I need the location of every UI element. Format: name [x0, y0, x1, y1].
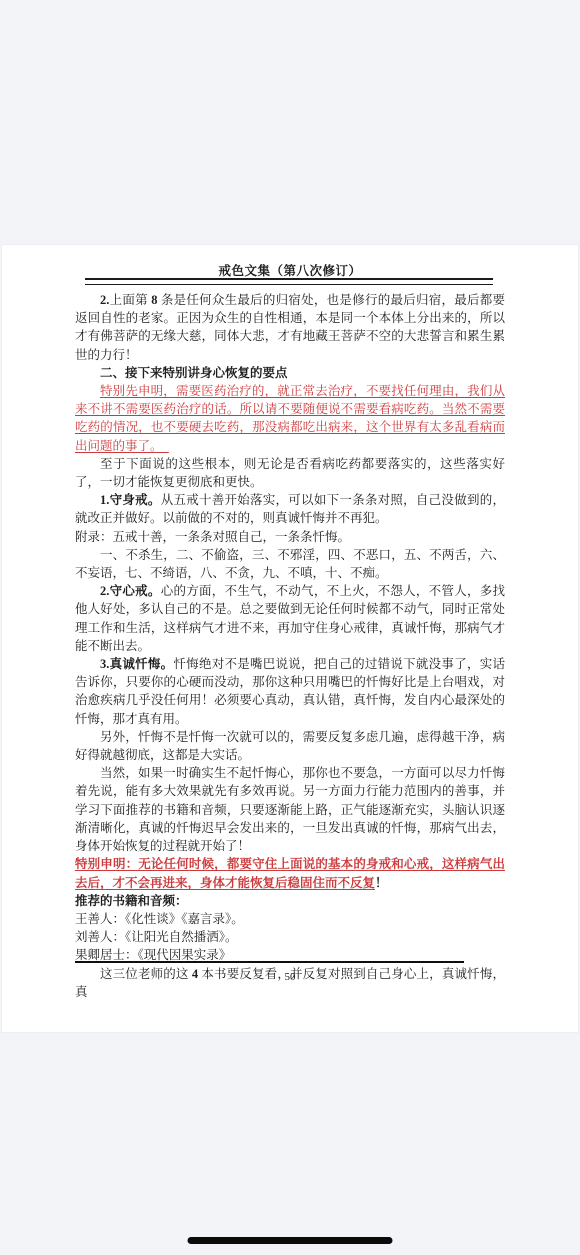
text-segment: 特别先申明，需要医药治疗的，就正常去治疗，不要找任何理由，我们从来不讲不需要医药… [75, 384, 505, 453]
text-segment [156, 439, 169, 453]
text-segment: 附录：五戒十善，一条条对照自己，一条条忏悔。 [75, 530, 350, 544]
document-body: 2.上面第 8 条是任何众生最后的归宿处，也是修行的最后归宿，最后都要返回自性的… [75, 291, 505, 1001]
text-segment: 另外，忏悔不是忏悔一次就可以的，需要反复多虑几遍，虑得越干净，病好得就越彻底，这… [75, 730, 505, 762]
paragraph: 一、不杀生，二、不偷盗，三、不邪淫，四、不恶口，五、不两舌，六、不妄语，七、不绮… [75, 546, 505, 582]
text-segment: 1.守身戒。 [100, 493, 161, 507]
text-segment: 上面第 [109, 293, 151, 307]
text-segment: 当然，如果一时确实生不起忏悔心，那你也不要急，一方面可以尽力忏悔着先说，能有多大… [75, 766, 505, 853]
text-segment: 王善人：《化性谈》《嘉言录》。 [75, 912, 244, 926]
phone-screen: 戒色文集（第八次修订） 2.上面第 8 条是任何众生最后的归宿处，也是修行的最后… [0, 0, 580, 1255]
paragraph: 特别先申明，需要医药治疗的，就正常去治疗，不要找任何理由，我们从来不讲不需要医药… [75, 382, 505, 455]
document-page: 戒色文集（第八次修订） 2.上面第 8 条是任何众生最后的归宿处，也是修行的最后… [2, 245, 578, 1032]
paragraph: 附录：五戒十善，一条条对照自己，一条条忏悔。 [75, 528, 505, 546]
text-segment: 2.守心戒。 [100, 584, 161, 598]
paragraph: 2.守心戒。心的方面，不生气，不动气，不上火，不怨人，不管人，多找他人好处，多认… [75, 582, 505, 655]
text-segment: 2. [100, 293, 109, 307]
text-segment: 3.真诚忏悔。 [100, 657, 173, 671]
document-header-title: 戒色文集（第八次修订） [2, 261, 578, 279]
paragraph: 推荐的书籍和音频： [75, 892, 505, 910]
paragraph: 至于下面说的这些根本，则无论是否看病吃药都要落实的，这些落实好了，一切才能恢复更… [75, 455, 505, 491]
header-double-rule [85, 278, 493, 285]
text-segment: 至于下面说的这些根本，则无论是否看病吃药都要落实的，这些落实好了，一切才能恢复更… [75, 457, 505, 489]
paragraph: 刘善人：《让阳光自然播洒》。 [75, 928, 505, 946]
text-segment: 二、接下来特别讲身心恢复的要点 [100, 366, 288, 380]
text-segment: ！ [375, 876, 388, 890]
text-segment: 特别申明：无论任何时候，都要守住上面说的基本的身戒和心戒，这样病气出去后，才不会… [75, 857, 505, 889]
paragraph: 当然，如果一时确实生不起忏悔心，那你也不要急，一方面可以尽力忏悔着先说，能有多大… [75, 764, 505, 855]
paragraph: 王善人：《化性谈》《嘉言录》。 [75, 910, 505, 928]
page-number: 50 [2, 971, 578, 983]
text-segment: 一、不杀生，二、不偷盗，三、不邪淫，四、不恶口，五、不两舌，六、不妄语，七、不绮… [75, 548, 505, 580]
paragraph: 另外，忏悔不是忏悔一次就可以的，需要反复多虑几遍，虑得越干净，病好得就越彻底，这… [75, 728, 505, 764]
paragraph: 特别申明：无论任何时候，都要守住上面说的基本的身戒和心戒，这样病气出去后，才不会… [75, 855, 505, 891]
paragraph: 1.守身戒。从五戒十善开始落实，可以如下一条条对照，自己没做到的，就改正并做好。… [75, 491, 505, 527]
home-indicator-bar[interactable] [188, 1237, 393, 1244]
paragraph: 2.上面第 8 条是任何众生最后的归宿处，也是修行的最后归宿，最后都要返回自性的… [75, 291, 505, 364]
text-segment: 刘善人：《让阳光自然播洒》。 [75, 930, 238, 944]
paragraph: 3.真诚忏悔。忏悔绝对不是嘴巴说说，把自己的过错说下就没事了，实话告诉你，只要你… [75, 655, 505, 728]
footer-rule [75, 961, 464, 963]
paragraph: 二、接下来特别讲身心恢复的要点 [75, 364, 505, 382]
text-segment: 推荐的书籍和音频： [75, 894, 188, 908]
